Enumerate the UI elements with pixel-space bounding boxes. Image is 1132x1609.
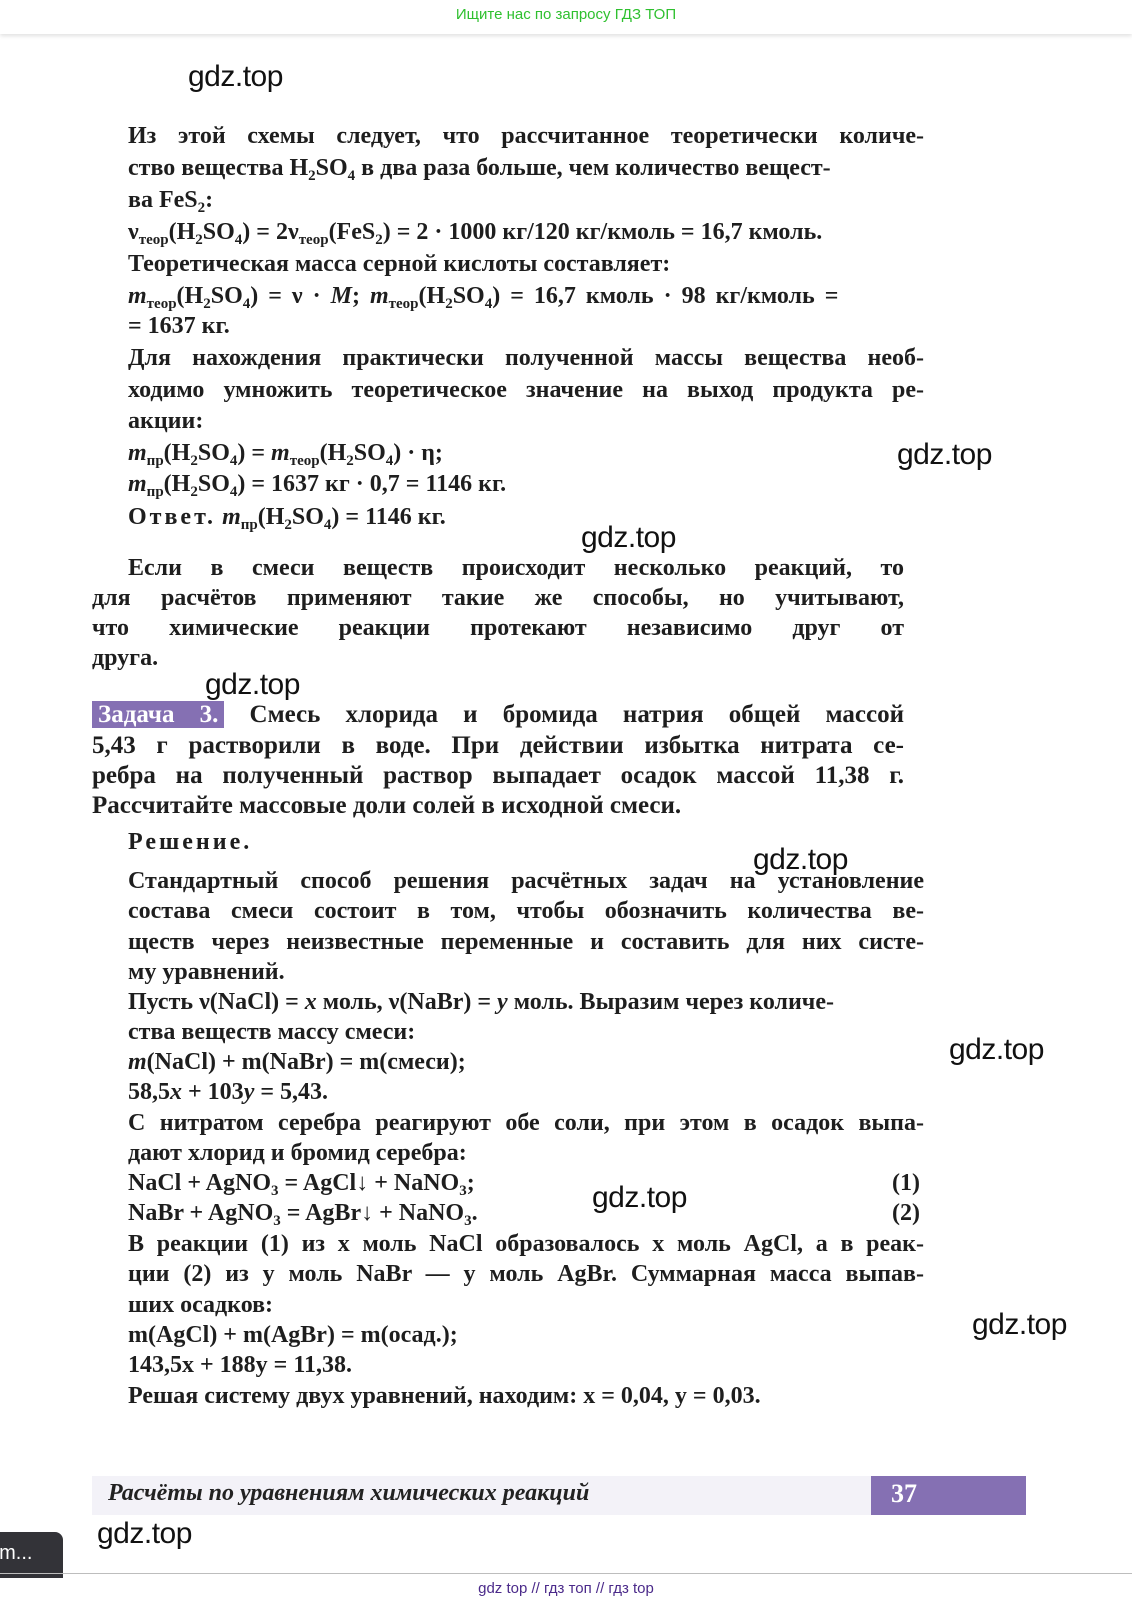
text-line: ва FeS2: bbox=[128, 185, 213, 215]
watermark: gdz.top bbox=[949, 1033, 1044, 1067]
solution-heading: Решение. bbox=[128, 827, 252, 857]
equation-1: 58,5x + 103y = 5,43. bbox=[128, 1077, 328, 1107]
formula-value: = 16,7 кмоль · 98 кг/кмоль = bbox=[510, 283, 838, 309]
text: Решая систему двух уравнений, находим: x… bbox=[128, 1383, 761, 1409]
text-line: ходимо умножить теоретическое значение н… bbox=[128, 375, 924, 405]
text: Для нахождения практически полученной ма… bbox=[128, 345, 924, 371]
formula-value: = 1637 кг · 0,7 = 1146 кг. bbox=[251, 471, 506, 497]
text-line: 5,43 г растворили в воде. При действии и… bbox=[92, 731, 904, 761]
text-line: ства веществ массу смеси: bbox=[128, 1017, 415, 1047]
var-y: y bbox=[497, 989, 508, 1015]
var-y: y bbox=[244, 1079, 255, 1105]
watermark: gdz.top bbox=[97, 1517, 192, 1551]
watermark: gdz.top bbox=[753, 843, 848, 877]
text: ства веществ массу смеси: bbox=[128, 1019, 415, 1045]
text: моль. Выразим через количе- bbox=[508, 989, 834, 1015]
text: Из этой схемы следует, что рассчитанное … bbox=[128, 123, 924, 149]
watermark: gdz.top bbox=[205, 668, 300, 702]
text: моль, ν(NaBr) = bbox=[317, 989, 497, 1015]
text: акции: bbox=[128, 408, 203, 434]
formula-result: = 1637 кг. bbox=[128, 311, 230, 341]
watermark: gdz.top bbox=[897, 438, 992, 472]
text: ших осадков: bbox=[128, 1292, 273, 1318]
watermark: gdz.top bbox=[972, 1308, 1067, 1342]
text: что химические реакции протекают независ… bbox=[92, 615, 904, 641]
text-line: дают хлорид и бромид серебра: bbox=[128, 1138, 467, 1168]
text-line: Рассчитайте массовые доли солей в исходн… bbox=[92, 791, 681, 821]
text-line: Для нахождения практически полученной ма… bbox=[128, 343, 924, 373]
text-line: что химические реакции протекают независ… bbox=[92, 613, 904, 643]
text: Рассчитайте массовые доли солей в исходн… bbox=[92, 792, 681, 819]
var-x: x bbox=[305, 989, 317, 1015]
equation-2: 143,5x + 188y = 11,38. bbox=[128, 1350, 352, 1380]
text-line: С нитратом серебра реагируют обе соли, п… bbox=[128, 1108, 924, 1138]
task-label: Задача 3. bbox=[92, 701, 224, 728]
text-line: друга. bbox=[92, 643, 158, 673]
text: ребра на полученный раствор выпадает оса… bbox=[92, 762, 904, 789]
text: С нитратом серебра реагируют обе соли, п… bbox=[128, 1110, 924, 1136]
text: для расчётов применяют такие же способы,… bbox=[92, 585, 904, 611]
text: 5,43 г растворили в воде. При действии и… bbox=[92, 732, 904, 759]
formula: = 5,43. bbox=[254, 1079, 328, 1105]
formula-m-theor: mтеор(H2SO4) = ν · M; mтеор(H2SO4) = 16,… bbox=[128, 281, 838, 311]
toast-popup[interactable]: om... bbox=[0, 1532, 63, 1578]
answer-value: = 1146 кг. bbox=[345, 504, 445, 530]
text: Смесь хлорида и бромида натрия общей мас… bbox=[250, 701, 904, 728]
text-line: ции (2) из y моль NaBr — y моль AgBr. Су… bbox=[128, 1259, 924, 1289]
text-line: В реакции (1) из x моль NaCl образовалос… bbox=[128, 1229, 924, 1259]
reaction-1: NaCl + AgNO3 = AgCl↓ + NaNO3; bbox=[128, 1168, 475, 1198]
top-banner-text[interactable]: Ищите нас по запросу ГДЗ ТОП bbox=[456, 6, 676, 23]
text: В реакции (1) из x моль NaCl образовалос… bbox=[128, 1231, 924, 1257]
watermark: gdz.top bbox=[188, 60, 283, 94]
text-line: ществ через неизвестные переменные и сос… bbox=[128, 927, 924, 957]
text: ществ через неизвестные переменные и сос… bbox=[128, 929, 924, 955]
section-title: Расчёты по уравнениям химических реакций bbox=[108, 1480, 589, 1507]
text-line: ребра на полученный раствор выпадает оса… bbox=[92, 761, 904, 791]
formula-m-pr: mпр(H2SO4) = mтеор(H2SO4) · η; bbox=[128, 438, 443, 468]
text: ство вещества H bbox=[128, 155, 308, 181]
text: = 1637 кг. bbox=[128, 313, 230, 339]
formula-value: = 2 · 1000 кг/120 кг/кмоль = 16,7 кмоль. bbox=[397, 219, 823, 245]
page-number-box: 37 bbox=[871, 1476, 1026, 1515]
formula-m-pr-value: mпр(H2SO4) = 1637 кг · 0,7 = 1146 кг. bbox=[128, 469, 506, 499]
formula: + 103 bbox=[182, 1079, 244, 1105]
text: друга. bbox=[92, 645, 158, 671]
watermark: gdz.top bbox=[592, 1181, 687, 1215]
var-x: x bbox=[170, 1079, 182, 1105]
reaction-2: NaBr + AgNO3 = AgBr↓ + NaNO3. bbox=[128, 1198, 478, 1228]
watermark: gdz.top bbox=[581, 521, 676, 555]
formula-mass-sum: m(NaCl) + m(NaBr) = m(смеси); bbox=[128, 1047, 466, 1077]
text-line: акции: bbox=[128, 406, 203, 436]
formula: 143,5x + 188y = 11,38. bbox=[128, 1352, 352, 1378]
formula-precipitate-sum: m(AgCl) + m(AgBr) = m(осад.); bbox=[128, 1320, 458, 1350]
text-line: состава смеси состоит в том, чтобы обозн… bbox=[128, 896, 924, 926]
text: му уравнений. bbox=[128, 959, 285, 985]
toast-text: om... bbox=[0, 1542, 32, 1565]
text: состава смеси состоит в том, чтобы обозн… bbox=[128, 898, 924, 924]
answer-label: Ответ. bbox=[128, 504, 216, 530]
text-line: Теоретическая масса серной кислоты соста… bbox=[128, 249, 670, 279]
text: Пусть ν(NaCl) = bbox=[128, 989, 305, 1015]
solution-result: Решая систему двух уравнений, находим: x… bbox=[128, 1381, 761, 1411]
text-line: Если в смеси веществ происходит нескольк… bbox=[128, 553, 904, 583]
bottom-links[interactable]: gdz top // гдз топ // гдз top bbox=[0, 1580, 1132, 1597]
formula: 58,5 bbox=[128, 1079, 170, 1105]
divider bbox=[0, 1573, 1132, 1574]
text: дают хлорид и бромид серебра: bbox=[128, 1140, 467, 1166]
task-heading-line: Задача 3. Смесь хлорида и бромида натрия… bbox=[92, 700, 904, 730]
section-footer: Расчёты по уравнениям химических реакций bbox=[92, 1476, 871, 1515]
text: ции (2) из y моль NaBr — y моль AgBr. Су… bbox=[128, 1261, 924, 1287]
reaction-1-number: (1) bbox=[892, 1168, 920, 1198]
top-banner: Ищите нас по запросу ГДЗ ТОП bbox=[0, 0, 1132, 34]
text-line: ших осадков: bbox=[128, 1290, 273, 1320]
text: Теоретическая масса серной кислоты соста… bbox=[128, 251, 670, 277]
reaction-2-number: (2) bbox=[892, 1198, 920, 1228]
text-line: для расчётов применяют такие же способы,… bbox=[92, 583, 904, 613]
page-number: 37 bbox=[891, 1479, 917, 1509]
text: ва FeS bbox=[128, 187, 198, 213]
formula: m(AgCl) + m(AgBr) = m(осад.); bbox=[128, 1322, 458, 1348]
text-line: му уравнений. bbox=[128, 957, 285, 987]
answer-line: Ответ. mпр(H2SO4) = 1146 кг. bbox=[128, 502, 446, 532]
text-line: Из этой схемы следует, что рассчитанное … bbox=[128, 121, 924, 151]
formula-nu-theor: νтеор(H2SO4) = 2νтеор(FeS2) = 2 · 1000 к… bbox=[128, 217, 822, 247]
formula: (NaCl) + m(NaBr) = m(смеси); bbox=[147, 1049, 466, 1075]
text-line: Пусть ν(NaCl) = x моль, ν(NaBr) = y моль… bbox=[128, 987, 834, 1017]
text-line: ство вещества H2SO4 в два раза больше, ч… bbox=[128, 153, 831, 183]
text: в два раза больше, чем количество вещест… bbox=[361, 155, 831, 181]
text: ходимо умножить теоретическое значение н… bbox=[128, 377, 924, 403]
text: Если в смеси веществ происходит нескольк… bbox=[128, 555, 904, 581]
